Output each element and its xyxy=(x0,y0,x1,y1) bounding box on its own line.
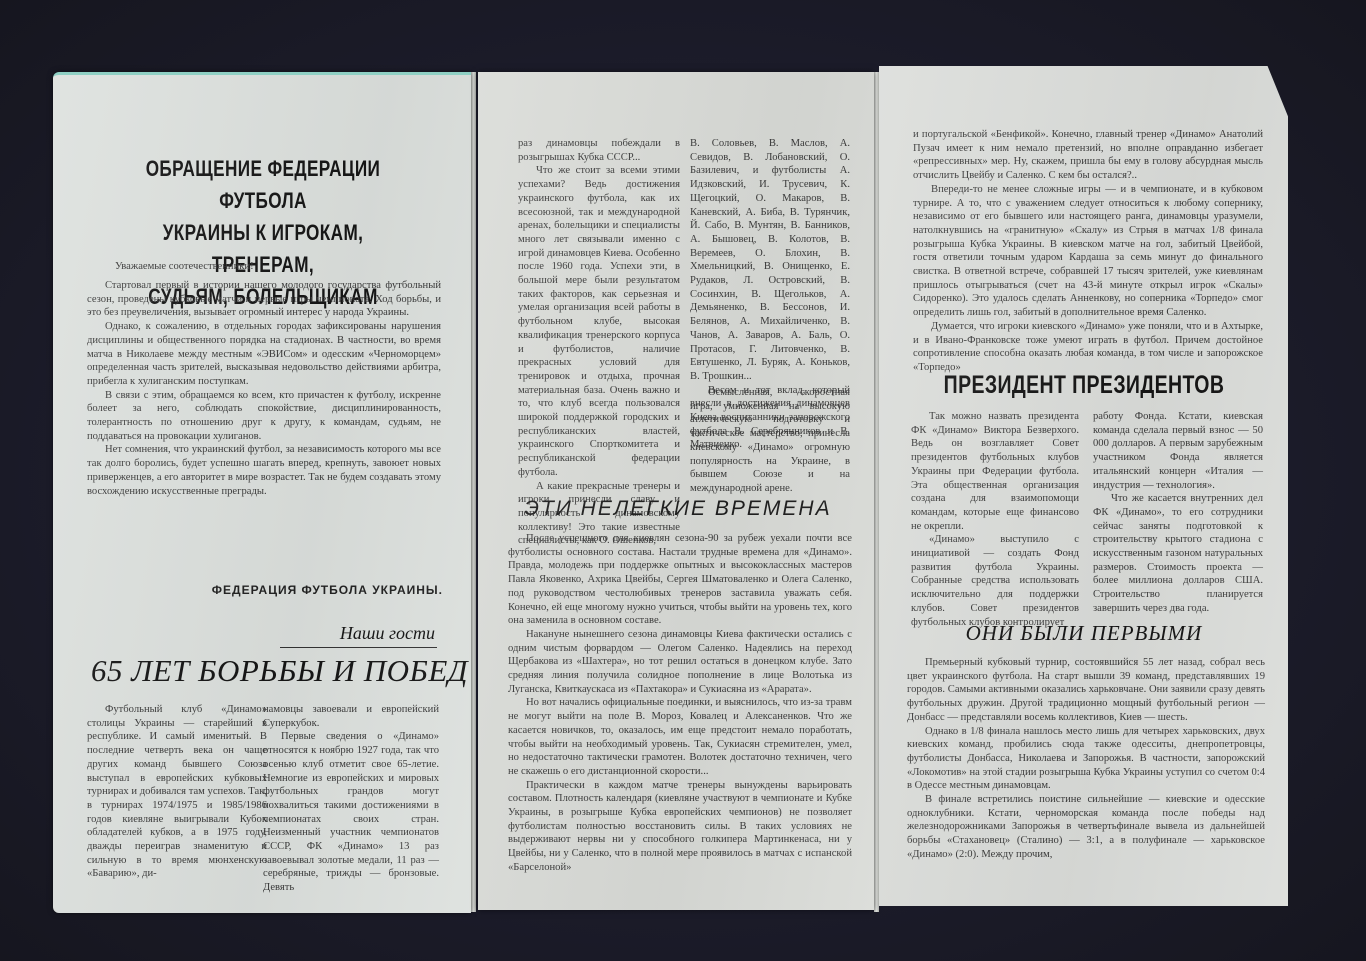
paragraph: намовцы завоевали и европейский Суперкуб… xyxy=(263,703,439,730)
article-headline: ЭТИ НЕЛЕГКИЕ ВРЕМЕНА xyxy=(508,497,848,521)
article-body: Премьерный кубковый турнир, состоявшийся… xyxy=(907,656,1265,862)
article-column: Футбольный клуб «Динамо» столицы Украины… xyxy=(87,703,267,881)
paragraph: Накануне нынешнего сезона динамовцы Киев… xyxy=(508,628,852,697)
paragraph: Осмысленная, скоростная игра, умноженная… xyxy=(690,386,850,496)
paragraph: Первые сведения о «Динамо» относятся к н… xyxy=(263,730,439,894)
paragraph: Стартовал первый в истории нашего молодо… xyxy=(87,279,441,320)
article-column: Осмысленная, скоростная игра, умноженная… xyxy=(690,386,850,496)
page-fold-right xyxy=(874,72,879,912)
paragraph: Что же стоит за всеми этими успехами? Ве… xyxy=(518,164,680,479)
paragraph: Но вот начались официальные поединки, и … xyxy=(508,696,852,778)
paragraph: В финале встретились поистине сильнейшие… xyxy=(907,793,1265,862)
paragraph: Однако, к сожалению, в отдельных городах… xyxy=(87,320,441,389)
paragraph: «Динамо» выступило с инициативой — созда… xyxy=(911,533,1079,629)
article-body: и португальской «Бенфикой». Конечно, гла… xyxy=(913,128,1263,375)
paragraph: Премьерный кубковый турнир, состоявшийся… xyxy=(907,656,1265,725)
paragraph: и португальской «Бенфикой». Конечно, гла… xyxy=(913,128,1263,183)
paragraph: Нет сомнения, что украинский футбол, за … xyxy=(87,443,441,498)
article-body: После успешного для киевлян сезона-90 за… xyxy=(508,532,852,875)
paragraph: работу Фонда. Кстати, киевская команда с… xyxy=(1093,410,1263,492)
page-right: и португальской «Бенфикой». Конечно, гла… xyxy=(879,66,1288,906)
paragraph: После успешного для киевлян сезона-90 за… xyxy=(508,532,852,628)
article-column: работу Фонда. Кстати, киевская команда с… xyxy=(1093,410,1263,616)
paragraph: Думается, что игроки киевского «Динамо» … xyxy=(913,320,1263,375)
paragraph: Впереди-то не менее сложные игры — и в ч… xyxy=(913,183,1263,320)
rubric-label: Наши гости xyxy=(280,623,437,648)
article-column: намовцы завоевали и европейский Суперкуб… xyxy=(263,703,439,895)
article-headline: ОНИ БЫЛИ ПЕРВЫМИ xyxy=(899,621,1269,646)
article-column: Так можно назвать президента ФК «Динамо»… xyxy=(911,410,1079,629)
appeal-title-line: ОБРАЩЕНИЕ ФЕДЕРАЦИИ ФУТБОЛА xyxy=(115,153,411,217)
paragraph: Так можно назвать президента ФК «Динамо»… xyxy=(911,410,1079,533)
article-headline: 65 ЛЕТ БОРЬБЫ И ПОБЕД xyxy=(91,653,441,689)
paragraph: В. Соловьев, В. Маслов, А. Севидов, В. Л… xyxy=(690,137,850,384)
page-fold-left xyxy=(471,72,476,912)
paragraph: В связи с этим, обращаемся ко всем, кто … xyxy=(87,389,441,444)
article-column: раз динамовцы побеждали в розыгрышах Куб… xyxy=(518,137,680,548)
page-middle: раз динамовцы побеждали в розыгрышах Куб… xyxy=(478,72,874,910)
paragraph: Что же касается внутренних дел ФК «Динам… xyxy=(1093,492,1263,615)
article-headline: ПРЕЗИДЕНТ ПРЕЗИДЕНТОВ xyxy=(940,371,1229,400)
appeal-text: Стартовал первый в истории нашего молодо… xyxy=(87,279,441,498)
paragraph: Футбольный клуб «Динамо» столицы Украины… xyxy=(87,703,267,881)
page-left: ОБРАЩЕНИЕ ФЕДЕРАЦИИ ФУТБОЛА УКРАИНЫ К ИГ… xyxy=(53,72,471,913)
paragraph: Практически в каждом матче тренеры вынуж… xyxy=(508,779,852,875)
appeal-signature: ФЕДЕРАЦИЯ ФУТБОЛА УКРАИНЫ. xyxy=(113,583,443,597)
paragraph: Однако в 1/8 финала нашлось место лишь д… xyxy=(907,725,1265,794)
paragraph: раз динамовцы побеждали в розыгрышах Куб… xyxy=(518,137,680,164)
appeal-greeting: Уважаемые соотечественники! xyxy=(115,261,254,272)
